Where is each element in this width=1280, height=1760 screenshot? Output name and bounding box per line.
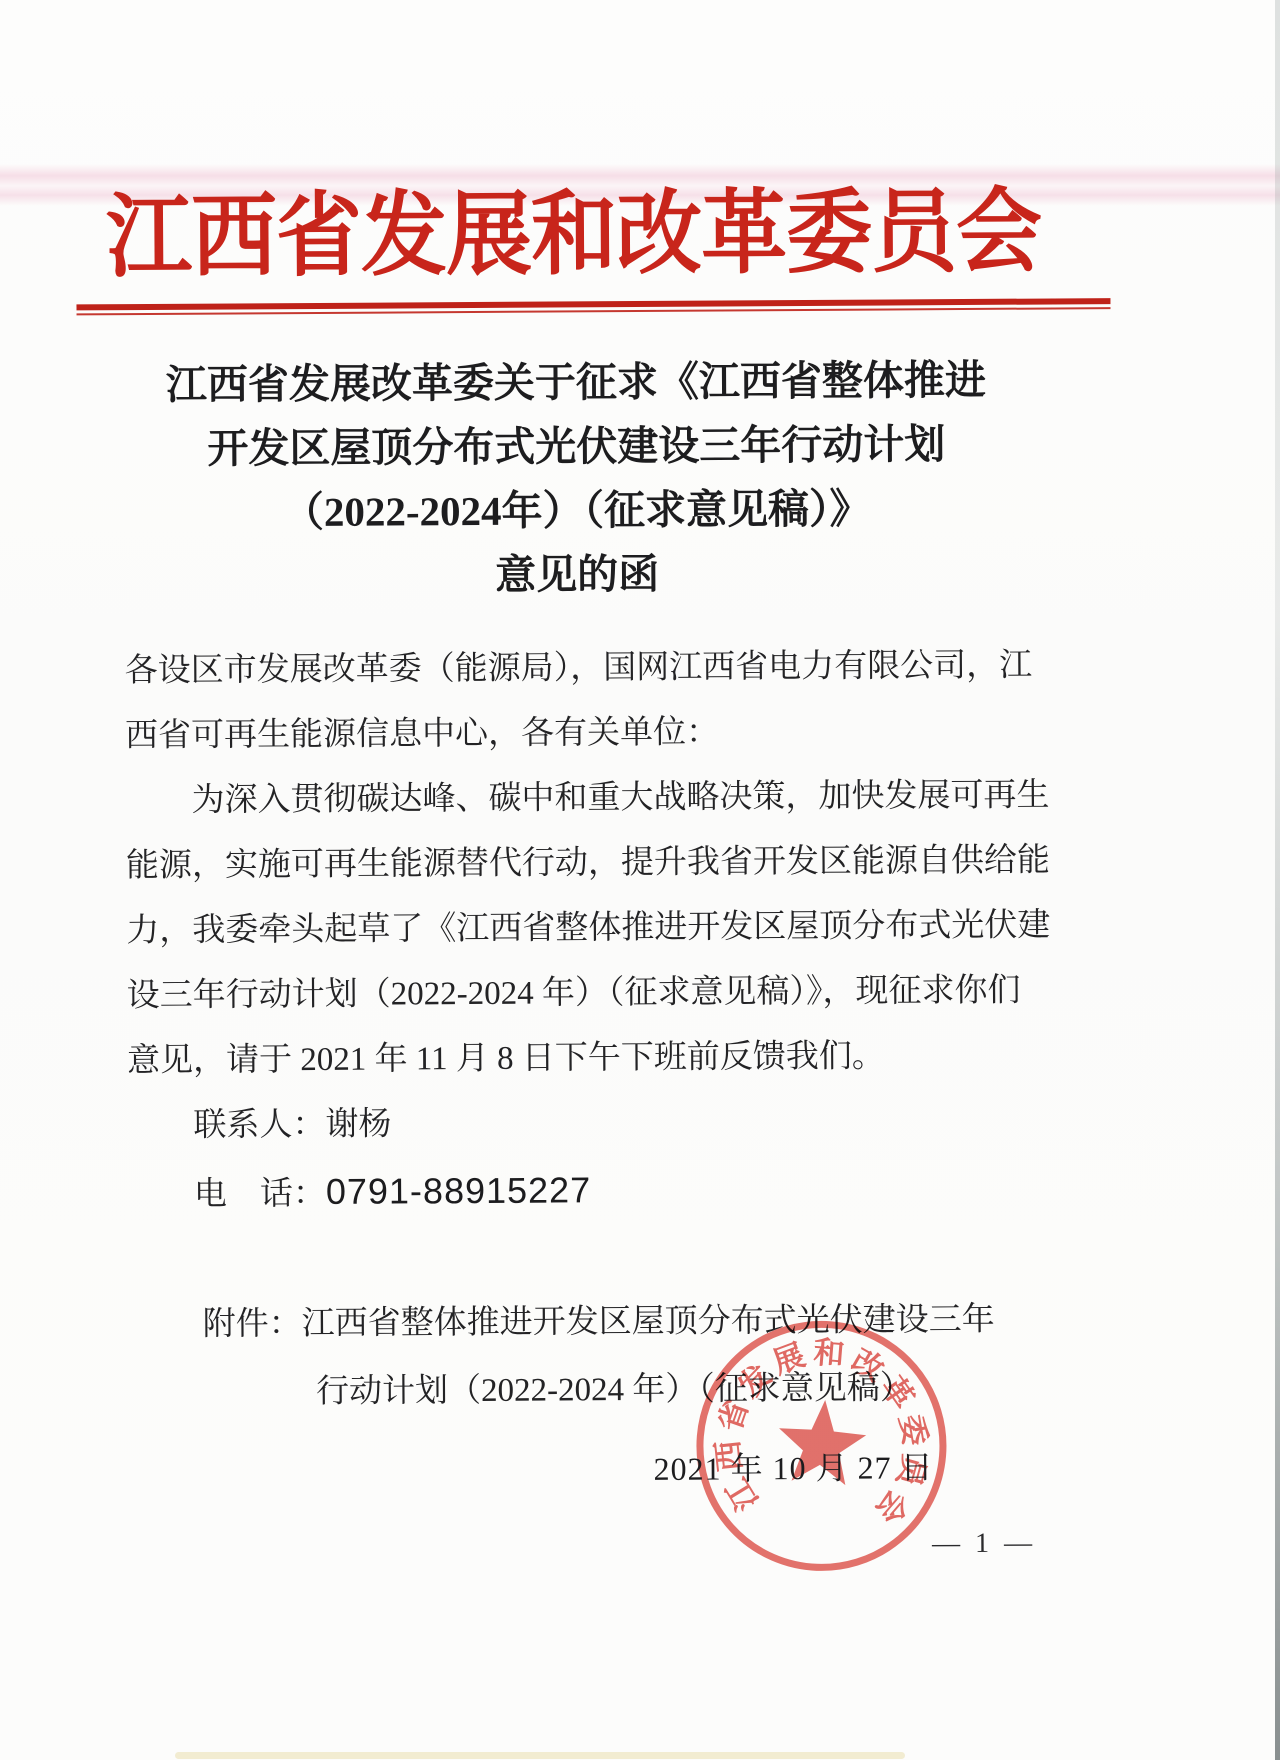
contact-person-name: 谢杨 (325, 1107, 391, 1143)
body-line: 西省可再生能源信息中心，各有关单位： (125, 698, 1055, 769)
seal-char: 和 (812, 1327, 847, 1374)
contact-person-label: 联系人： (193, 1107, 325, 1144)
letter-body: 各设区市发展改革委（能源局），国网江西省电力有限公司，江 西省可再生能源信息中心… (125, 633, 1059, 1229)
title-line-2: 开发区屋顶分布式光伏建设三年行动计划 (45, 411, 1107, 481)
body-line: 意见，请于 2021 年 11 月 8 日下午下班前反馈我们。 (127, 1023, 1057, 1094)
contact-person-line: 联系人：谢杨 (127, 1088, 1057, 1159)
letterhead-agency-name: 江西省发展和改革委员会 (106, 182, 1042, 289)
letterhead-rule (76, 298, 1110, 315)
body-line: 为深入贯彻碳达峰、碳中和重大战略决策，加快发展可再生 (125, 763, 1055, 834)
document-title: 江西省发展改革委关于征求《江西省整体推进 开发区屋顶分布式光伏建设三年行动计划 … (45, 347, 1109, 609)
body-line: 设三年行动计划（2022-2024 年）（征求意见稿）》，现征求你们 (127, 958, 1057, 1029)
title-line-4: 意见的函 (46, 539, 1108, 609)
body-line: 各设区市发展改革委（能源局），国网江西省电力有限公司，江 (125, 633, 1055, 704)
letter-content: 江西省发展和改革委员会 江西省发展改革委关于征求《江西省整体推进 开发区屋顶分布… (0, 0, 1280, 1760)
scan-artifact-right-edge (1275, 0, 1280, 1760)
contact-phone-line: 电 话：0791-88915227 (128, 1153, 1058, 1229)
body-line: 能源，实施可再生能源替代行动，提升我省开发区能源自供给能 (126, 828, 1056, 899)
contact-phone-label: 电 话： (194, 1176, 326, 1213)
scanned-document-page: 江西省发展和改革委员会 江西省发展改革委关于征求《江西省整体推进 开发区屋顶分布… (0, 0, 1280, 1760)
body-line: 力，我委牵头起草了《江西省整体推进开发区屋顶分布式光伏建 (126, 893, 1056, 964)
contact-phone-number: 0791-88915227 (326, 1169, 591, 1212)
scan-artifact-bottom-streak (175, 1752, 905, 1759)
signoff-date: 2021 年 10 月 27 日 (653, 1442, 933, 1490)
title-line-1: 江西省发展改革委关于征求《江西省整体推进 (45, 347, 1107, 417)
title-line-3: （2022-2024年）（征求意见稿）》 (46, 475, 1108, 545)
